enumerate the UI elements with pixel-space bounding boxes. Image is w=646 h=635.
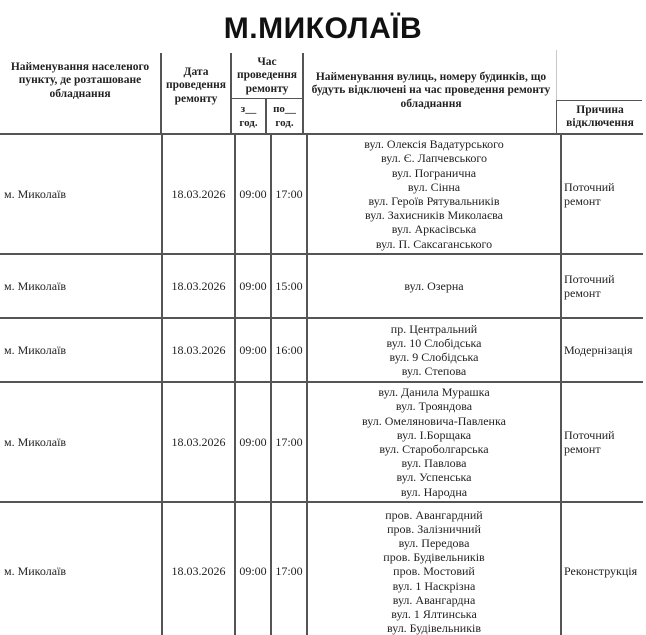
reason-cell: Поточнийремонт [564, 383, 644, 501]
streets-cell: пр. Центральнийвул. 10 Слобідськавул. 9 … [310, 319, 558, 381]
street-item: вул. Будівельників [387, 621, 481, 635]
column-divider [560, 133, 562, 635]
street-item: вул. Павлова [401, 456, 466, 470]
reason-line: ремонт [564, 286, 615, 300]
settlement-cell: м. Миколаїв [4, 319, 159, 381]
street-item: вул. Є. Лапчевського [381, 151, 487, 165]
reason-line: ремонт [564, 442, 615, 456]
street-item: вул. 1 Наскрізна [393, 579, 476, 593]
settlement-cell: м. Миколаїв [4, 503, 159, 635]
street-item: вул. Данила Мурашка [378, 385, 489, 399]
reason-line: ремонт [564, 194, 615, 208]
street-item: вул. П. Саксаганського [376, 237, 492, 251]
street-item: вул. Авангардна [393, 593, 476, 607]
street-item: вул. І.Борщака [397, 428, 471, 442]
time-to-cell: 15:00 [272, 255, 306, 317]
reason-line: Поточний [564, 428, 615, 442]
reason-line: Поточний [564, 180, 615, 194]
header-time-to: по__ год. [267, 100, 302, 133]
column-divider [306, 133, 308, 635]
streets-cell: пров. Авангарднийпров. Залізничнийвул. П… [310, 503, 558, 635]
street-item: вул. Степова [402, 364, 466, 378]
street-item: пров. Мостовий [393, 564, 475, 578]
header-divider [556, 100, 557, 133]
reason-text: Поточнийремонт [564, 272, 615, 300]
street-item: вул. Озерна [404, 279, 463, 293]
header-date: Дата проведення ремонту [162, 53, 230, 119]
reason-cell: Поточнийремонт [564, 135, 644, 253]
time-to-cell: 17:00 [272, 135, 306, 253]
street-item: вул. Аркасівська [392, 222, 476, 236]
reason-line: Реконструкція [564, 564, 637, 578]
header-streets: Найменування вулиць, номеру будинків, що… [306, 63, 556, 119]
street-item: вул. Омеляновича-Павленка [362, 414, 506, 428]
street-item: пров. Будівельників [383, 550, 484, 564]
street-item: вул. Трояндова [396, 399, 472, 413]
time-from-cell: 09:00 [236, 503, 270, 635]
street-item: вул. Захисників Миколаєва [365, 208, 503, 222]
reason-cell: Поточнийремонт [564, 255, 644, 317]
street-item: пров. Залізничний [387, 522, 481, 536]
time-from-cell: 09:00 [236, 383, 270, 501]
time-from-cell: 09:00 [236, 135, 270, 253]
street-item: вул. Олексія Вадатурського [364, 137, 504, 151]
reason-line: Поточний [564, 272, 615, 286]
streets-cell: вул. Олексія Вадатурськоговул. Є. Лапчев… [310, 135, 558, 253]
street-item: вул. Староболгарська [379, 442, 488, 456]
reason-text: Реконструкція [564, 564, 637, 578]
time-to-cell: 16:00 [272, 319, 306, 381]
settlement-cell: м. Миколаїв [4, 135, 159, 253]
street-item: вул. Передова [399, 536, 470, 550]
header-divider [556, 50, 557, 100]
date-cell: 18.03.2026 [163, 255, 234, 317]
streets-cell: вул. Данила Мурашкавул. Трояндовавул. Ом… [310, 383, 558, 501]
settlement-cell: м. Миколаїв [4, 383, 159, 501]
street-item: вул. Народна [401, 485, 467, 499]
reason-cell: Модернізація [564, 319, 644, 381]
time-to-cell: 17:00 [272, 503, 306, 635]
street-item: вул. Успенська [396, 470, 471, 484]
page-title: М.МИКОЛАЇВ [0, 10, 646, 48]
reason-cell: Реконструкція [564, 503, 644, 635]
time-to-cell: 17:00 [272, 383, 306, 501]
time-from-cell: 09:00 [236, 319, 270, 381]
street-item: пров. Авангардний [385, 508, 482, 522]
header-settlement: Найменування населеного пункту, де розта… [2, 53, 158, 109]
header-time-group: Час проведення ремонту [232, 54, 302, 98]
street-item: вул. Сінна [408, 180, 460, 194]
date-cell: 18.03.2026 [163, 503, 234, 635]
date-cell: 18.03.2026 [163, 135, 234, 253]
street-item: вул. Погранична [392, 166, 476, 180]
date-cell: 18.03.2026 [163, 319, 234, 381]
street-item: вул. 1 Ялтинська [391, 607, 477, 621]
reason-text: Поточнийремонт [564, 180, 615, 208]
date-cell: 18.03.2026 [163, 383, 234, 501]
reason-line: Модернізація [564, 343, 633, 357]
header-divider [302, 53, 304, 133]
street-item: вул. 9 Слобідська [389, 350, 478, 364]
reason-text: Модернізація [564, 343, 633, 357]
time-from-cell: 09:00 [236, 255, 270, 317]
reason-text: Поточнийремонт [564, 428, 615, 456]
header-divider [230, 98, 304, 99]
street-item: пр. Центральний [391, 322, 477, 336]
street-item: вул. 10 Слобідська [386, 336, 481, 350]
settlement-cell: м. Миколаїв [4, 255, 159, 317]
streets-cell: вул. Озерна [310, 255, 558, 317]
street-item: вул. Героїв Рятувальників [369, 194, 500, 208]
header-reason: Причина відключення [558, 101, 642, 133]
header-time-from: з__ год. [232, 100, 265, 133]
